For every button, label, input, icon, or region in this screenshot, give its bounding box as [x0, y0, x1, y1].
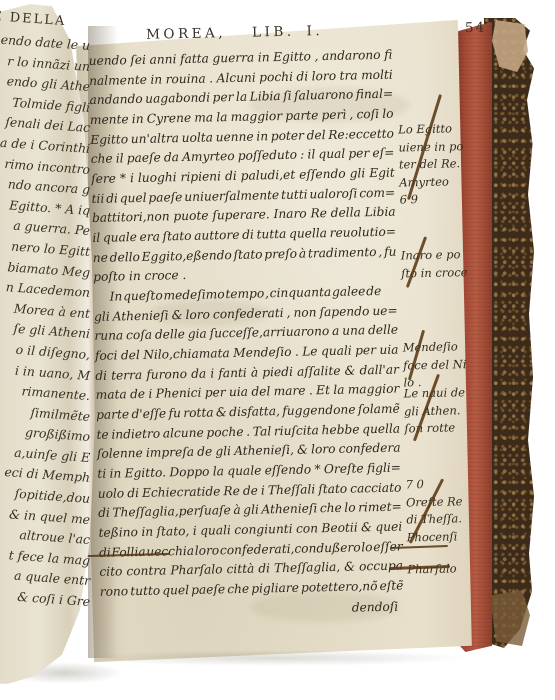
running-head: MOREA, LIB. I. 54 [88, 20, 488, 48]
margin-note-line: uiene in po [398, 138, 466, 157]
margin-note: Pharſalo [407, 560, 475, 579]
margin-note: Le naui degli Athen.ſon rotte [404, 384, 473, 438]
cover-worn-patch-bottom [490, 590, 530, 646]
margin-note-line: gli Athen. [404, 402, 472, 421]
main-text-block: uendo ſei anni fatta guerra in Egitto , … [89, 46, 404, 603]
margin-note-line: Le naui de [404, 384, 472, 403]
left-page-text: auendo date le ur lo innãzi unendo gli A… [0, 36, 90, 613]
catchword: dendoſi [100, 600, 398, 620]
book-shadow [80, 650, 470, 666]
margin-note-line: Pharſalo [407, 560, 475, 579]
margin-note-line: Mendeſio [403, 338, 471, 357]
margin-note-line: Oreſte Re [406, 493, 474, 512]
margin-note-line: ter del Re. [399, 155, 467, 174]
running-head-number: I. [306, 23, 323, 39]
running-head-book: LIB. [252, 24, 295, 41]
margin-note-line: Inaro e po [401, 246, 469, 265]
antique-book-photo: MOREA, LIB. I. 54 uendo ſei anni fatta g… [0, 0, 555, 700]
page-number: 54 [465, 20, 487, 36]
running-head-title: MOREA, [146, 25, 226, 43]
